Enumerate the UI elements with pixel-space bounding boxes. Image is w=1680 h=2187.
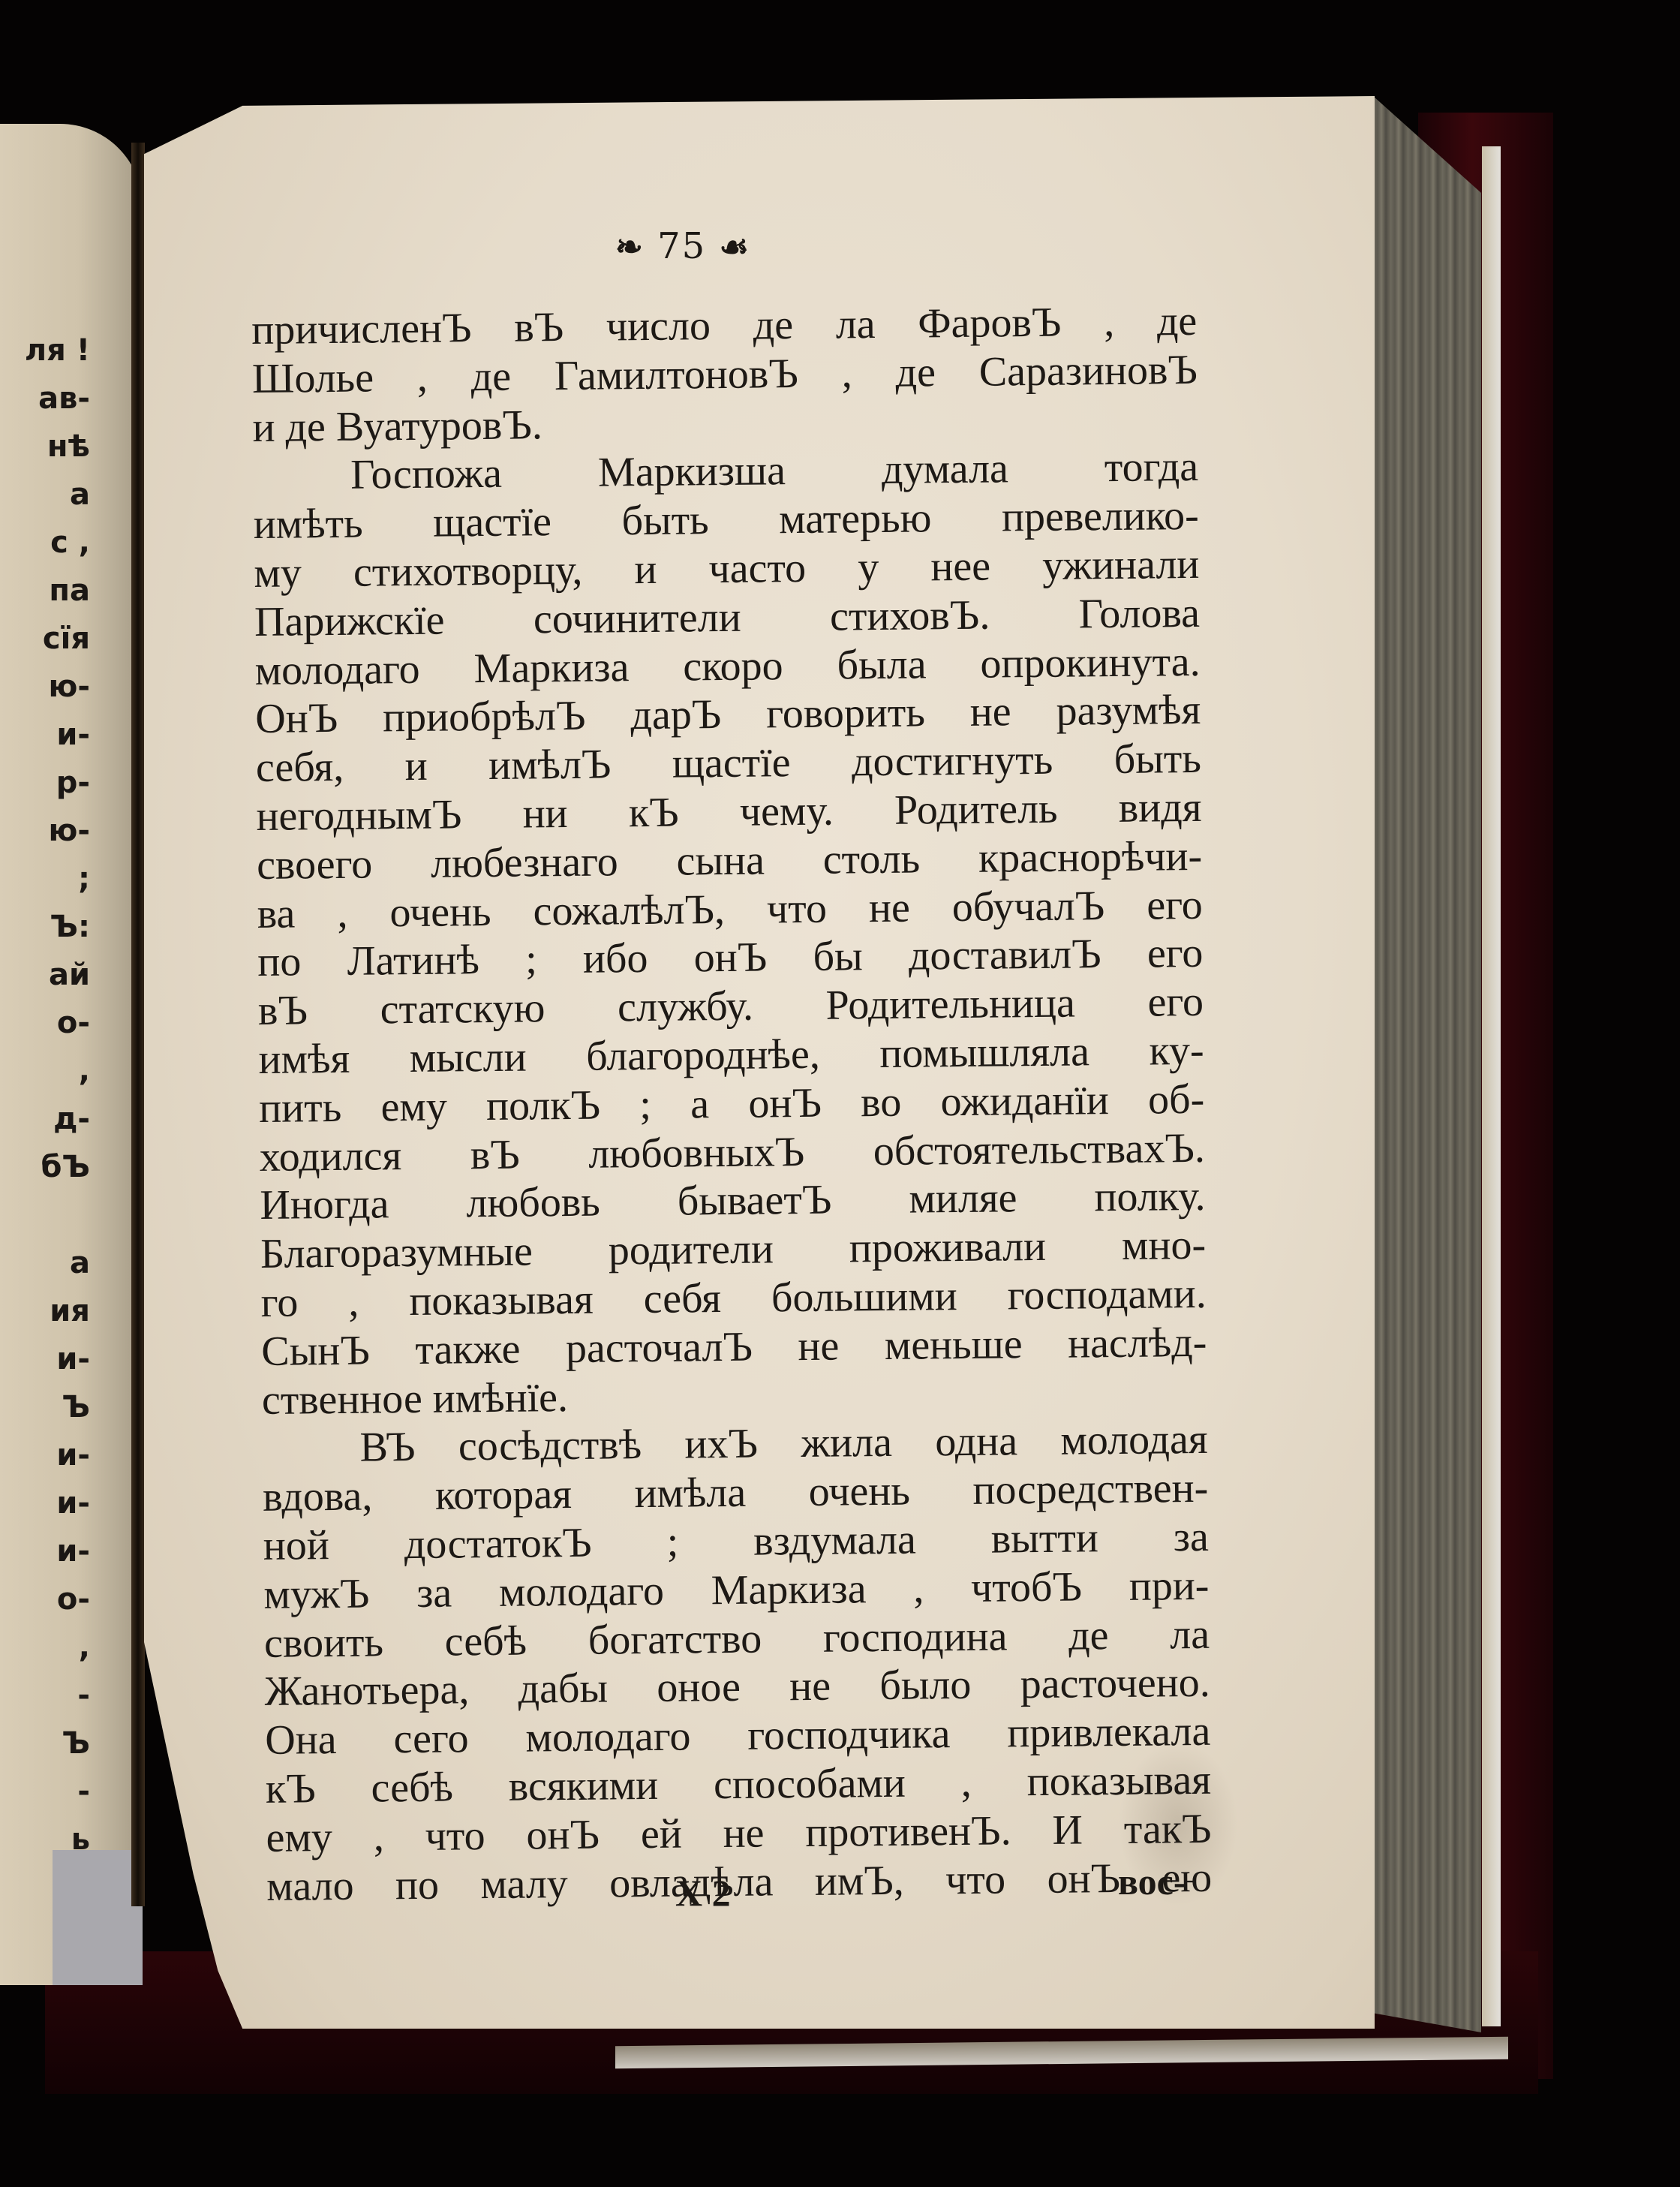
fragment-line: ля !: [0, 326, 90, 375]
text-line: ственное имѣнїе.: [262, 1367, 1208, 1424]
text-line: мало по малу овладѣла имЪ, что онЪ ею: [266, 1853, 1213, 1911]
text-line: своего любезнаго сына столь краснорѣчи-: [257, 832, 1203, 890]
fragment-line: -: [0, 1767, 90, 1815]
text-line: по Латинѣ ; ибо онЪ бы доставилЪ его: [257, 929, 1204, 987]
fragment-line: -: [0, 1671, 90, 1719]
fragment-line: Ъ: [0, 1383, 90, 1431]
fragment-line: о-: [0, 999, 90, 1047]
text-line: ходился вЪ любовныхЪ обстоятельствахЪ.: [260, 1124, 1206, 1181]
fragment-line: ия: [0, 1287, 90, 1335]
text-line: имѣя мысли благороднѣе, помышляла ку-: [258, 1027, 1204, 1084]
text-line: ОнЪ приобрѣлЪ дарЪ говорить не разумѣя: [255, 686, 1201, 744]
text-line: Жанотьера, дабы оное не было расточено.: [264, 1659, 1210, 1716]
ornament-right-icon: ☙: [719, 228, 750, 266]
fragment-line: и-: [0, 1479, 90, 1527]
text-line: и де ВуатуровЪ.: [252, 394, 1198, 452]
fragment-line: с ,: [0, 519, 90, 567]
fragment-line: па: [0, 567, 90, 615]
left-page-underlay: [53, 1850, 143, 1985]
fragment-line: и-: [0, 1527, 90, 1575]
page-number: 75: [657, 225, 706, 267]
fragment-line: нѣ: [0, 423, 90, 471]
fragment-line: д-: [0, 1095, 90, 1143]
text-line: негоднымЪ ни кЪ чему. Родитель видя: [256, 784, 1202, 841]
text-line: причисленЪ вЪ число де ла ФаровЪ , де: [251, 297, 1198, 355]
fragment-line: ю-: [0, 807, 90, 855]
fragment-line: и-: [0, 1431, 90, 1479]
fragment-line: ю-: [0, 663, 90, 711]
fragment-line: сїя: [0, 615, 90, 663]
text-line: Иногда любовь бываетЪ миляе полку.: [260, 1172, 1206, 1230]
text-line: го , показывая себя большими господами.: [260, 1270, 1207, 1328]
fragment-line: и-: [0, 1335, 90, 1383]
fragment-line: Ъ:: [0, 903, 90, 951]
running-header: ❧ 75 ☙: [615, 225, 750, 267]
text-line: пить ему полкЪ ; а онЪ во ожиданїи об-: [259, 1075, 1205, 1133]
signature-mark: Х 2: [675, 1871, 731, 1915]
text-line: вдова, которая имѣла очень посредствен-: [263, 1464, 1209, 1522]
left-page-text-fragment: ля !ав-нѣас ,пасїяю-и-р-ю-;Ъ:айо-,д-бЪаи…: [0, 326, 90, 1960]
fragment-line: а: [0, 1239, 90, 1287]
text-line: ВЪ сосѣдствѣ ихЪ жила одна молодая: [262, 1415, 1208, 1473]
fragment-line: [0, 1191, 90, 1239]
text-line: себя, и имѣлЪ щастїе достигнуть быть: [256, 735, 1202, 793]
fragment-line: р-: [0, 759, 90, 807]
fragment-line: Ъ: [0, 1719, 90, 1767]
ornament-left-icon: ❧: [615, 228, 645, 266]
fragment-line: ,: [0, 1623, 90, 1671]
fragment-line: и-: [0, 711, 90, 759]
text-line: имѣть щастїе быть матерью превелико-: [253, 492, 1199, 549]
page-body-text: причисленЪ вЪ число де ла ФаровЪ , деШол…: [251, 297, 1212, 1911]
text-line: Парижскїе сочинители стиховЪ. Голова: [254, 589, 1201, 647]
text-line: мужЪ за молодаго Маркиза , чтобЪ при-: [263, 1562, 1210, 1620]
fragment-line: ,: [0, 1047, 90, 1095]
text-line: своить себѣ богатство господина де ла: [264, 1610, 1210, 1668]
text-line: ной достатокЪ ; вздумала вытти за: [263, 1513, 1210, 1571]
fragment-line: о-: [0, 1575, 90, 1623]
fragment-line: бЪ: [0, 1143, 90, 1191]
text-line: кЪ себѣ всякими способами , показывая: [266, 1756, 1212, 1814]
text-line: Она сего молодаго господчика привлекала: [265, 1707, 1211, 1765]
fragment-line: а: [0, 471, 90, 519]
text-line: ва , очень сожалѣлЪ, что не обучалЪ его: [257, 880, 1203, 938]
fragment-line: ;: [0, 855, 90, 903]
page-edge-highlight: [1482, 146, 1501, 2026]
text-line: Госпожа Маркизша думала тогда: [253, 443, 1199, 501]
fragment-line: ай: [0, 951, 90, 999]
book-gutter: [131, 143, 145, 1906]
text-line: молодаго Маркиза скоро была опрокинута.: [254, 637, 1201, 695]
fragment-line: ав-: [0, 375, 90, 423]
text-line: ему , что онЪ ей не противенЪ. И такЪ: [266, 1805, 1212, 1863]
text-line: му стихотворцу, и часто у нее ужинали: [254, 540, 1200, 598]
text-line: Благоразумные родители проживали мно-: [260, 1221, 1207, 1279]
text-line: вЪ статскую службу. Родительница его: [258, 978, 1204, 1036]
left-page: ля !ав-нѣас ,пасїяю-и-р-ю-;Ъ:айо-,д-бЪаи…: [0, 124, 143, 1985]
text-line: СынЪ также расточалЪ не меньше наслѣд-: [261, 1319, 1207, 1376]
catchword: вос-: [1118, 1860, 1186, 1903]
text-line: Шолье , де ГамилтоновЪ , де СаразиновЪ: [252, 346, 1198, 404]
